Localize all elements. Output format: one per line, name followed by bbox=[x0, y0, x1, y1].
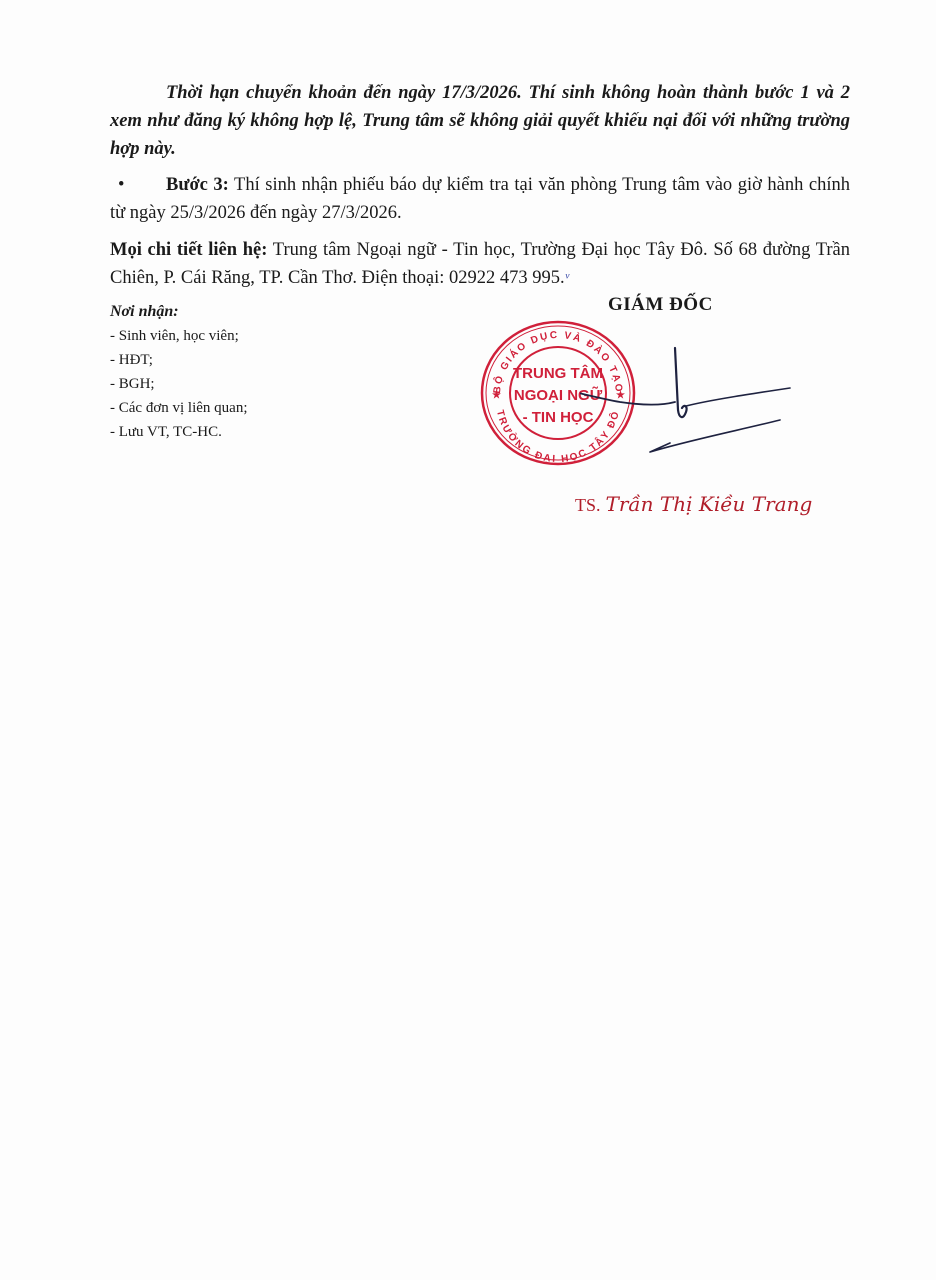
signer-prefix: TS. bbox=[575, 495, 601, 515]
recipients-block: Nơi nhận: - Sinh viên, học viên; - HĐT; … bbox=[110, 300, 247, 444]
handwritten-signature-icon bbox=[580, 340, 810, 470]
initial-mark-icon: ᵛ bbox=[565, 270, 569, 287]
svg-text:★: ★ bbox=[492, 390, 501, 401]
recipients-heading: Nơi nhận: bbox=[110, 300, 247, 324]
signer-name: TS. Trần Thị Kiều Trang bbox=[575, 492, 812, 517]
signer-full-name: Trần Thị Kiều Trang bbox=[606, 492, 813, 516]
document-page: Thời hạn chuyển khoản đến ngày 17/3/2026… bbox=[0, 0, 936, 1280]
recipient-item: - BGH; bbox=[110, 372, 247, 396]
contact-paragraph: Mọi chi tiết liên hệ: Trung tâm Ngoại ng… bbox=[110, 236, 850, 293]
contact-label: Mọi chi tiết liên hệ: bbox=[110, 240, 267, 260]
bullet-icon: • bbox=[110, 171, 166, 199]
recipient-item: - HĐT; bbox=[110, 348, 247, 372]
step3-label: Bước 3: bbox=[166, 175, 229, 195]
step3-paragraph: •Bước 3: Thí sinh nhận phiếu báo dự kiểm… bbox=[110, 171, 850, 227]
deadline-paragraph: Thời hạn chuyển khoản đến ngày 17/3/2026… bbox=[110, 79, 850, 163]
recipient-item: - Sinh viên, học viên; bbox=[110, 324, 247, 348]
signer-title: GIÁM ĐỐC bbox=[608, 294, 713, 316]
recipient-item: - Các đơn vị liên quan; bbox=[110, 396, 247, 420]
recipient-item: - Lưu VT, TC-HC. bbox=[110, 420, 247, 444]
